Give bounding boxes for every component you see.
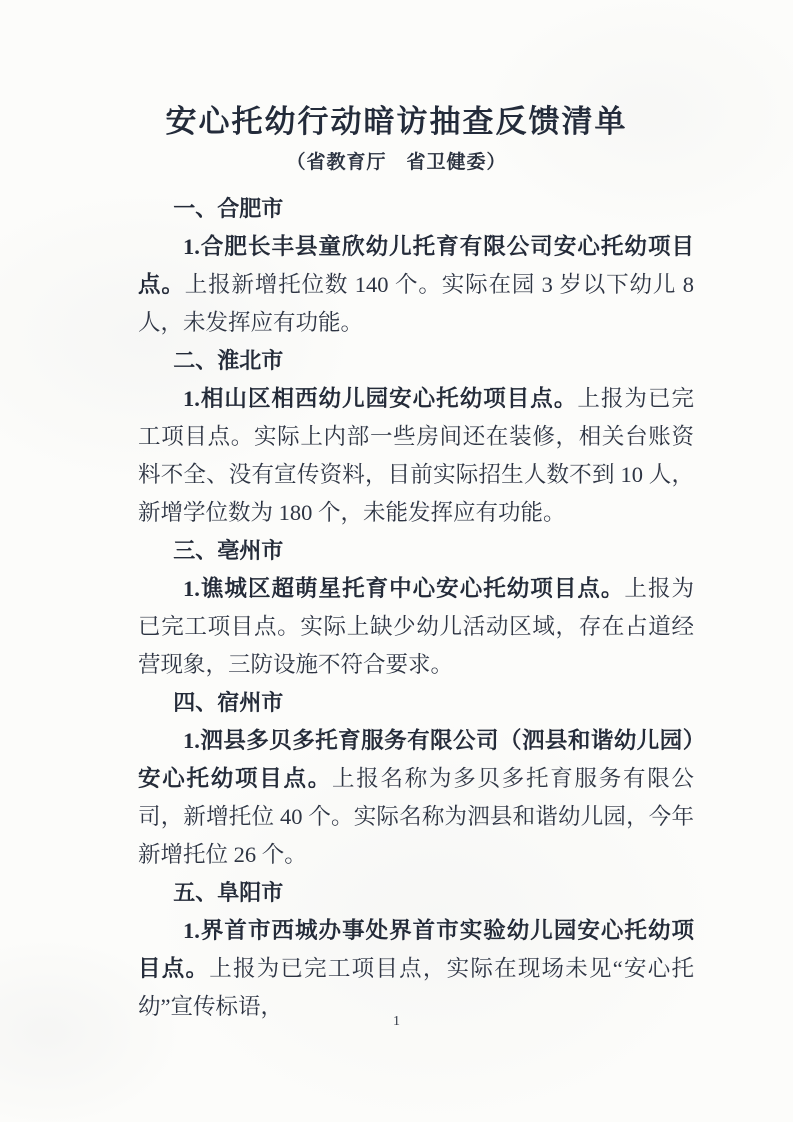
project-point-name: 1.谯城区超萌星托育中心安心托幼项目点。 [183, 576, 624, 601]
section-paragraph: 1.界首市西城办事处界首市实验幼儿园安心托幼项目点。上报为已完工项目点，实际在现… [138, 912, 694, 1026]
document-title: 安心托幼行动暗访抽查反馈清单 [0, 0, 793, 140]
section-paragraph: 1.相山区相西幼儿园安心托幼项目点。上报为已完工项目点。实际上内部一些房间还在装… [138, 380, 694, 532]
section-paragraph: 1.合肥长丰县童欣幼儿托育有限公司安心托幼项目点。上报新增托位数 140 个。实… [138, 228, 694, 342]
section-fuyang: 五、阜阳市 1.界首市西城办事处界首市实验幼儿园安心托幼项目点。上报为已完工项目… [138, 874, 694, 1026]
section-paragraph: 1.谯城区超萌星托育中心安心托幼项目点。上报为已完工项目点。实际上缺少幼儿活动区… [138, 570, 694, 684]
document-body: 一、合肥市 1.合肥长丰县童欣幼儿托育有限公司安心托幼项目点。上报新增托位数 1… [138, 190, 694, 1026]
scanned-document-page: 安心托幼行动暗访抽查反馈清单 （省教育厅 省卫健委） 一、合肥市 1.合肥长丰县… [0, 0, 793, 1122]
finding-text: 上报新增托位数 140 个。实际在园 3 岁以下幼儿 8 人，未发挥应有功能。 [138, 272, 694, 335]
document-subtitle: （省教育厅 省卫健委） [0, 150, 793, 176]
section-heading-bozhou: 三、亳州市 [138, 532, 694, 570]
project-point-name: 1.相山区相西幼儿园安心托幼项目点。 [183, 386, 577, 411]
page-number: 1 [0, 1012, 793, 1032]
section-paragraph: 1.泗县多贝多托育服务有限公司（泗县和谐幼儿园）安心托幼项目点。上报名称为多贝多… [138, 722, 694, 874]
section-suzhou: 四、宿州市 1.泗县多贝多托育服务有限公司（泗县和谐幼儿园）安心托幼项目点。上报… [138, 684, 694, 874]
section-heading-huaibei: 二、淮北市 [138, 342, 694, 380]
section-huaibei: 二、淮北市 1.相山区相西幼儿园安心托幼项目点。上报为已完工项目点。实际上内部一… [138, 342, 694, 532]
section-bozhou: 三、亳州市 1.谯城区超萌星托育中心安心托幼项目点。上报为已完工项目点。实际上缺… [138, 532, 694, 684]
finding-text: 上报为已完工项目点，实际在现场未见“安心托幼”宣传标语， [138, 956, 694, 1019]
section-heading-hefei: 一、合肥市 [138, 190, 694, 228]
section-hefei: 一、合肥市 1.合肥长丰县童欣幼儿托育有限公司安心托幼项目点。上报新增托位数 1… [138, 190, 694, 342]
section-heading-suzhou: 四、宿州市 [138, 684, 694, 722]
section-heading-fuyang: 五、阜阳市 [138, 874, 694, 912]
